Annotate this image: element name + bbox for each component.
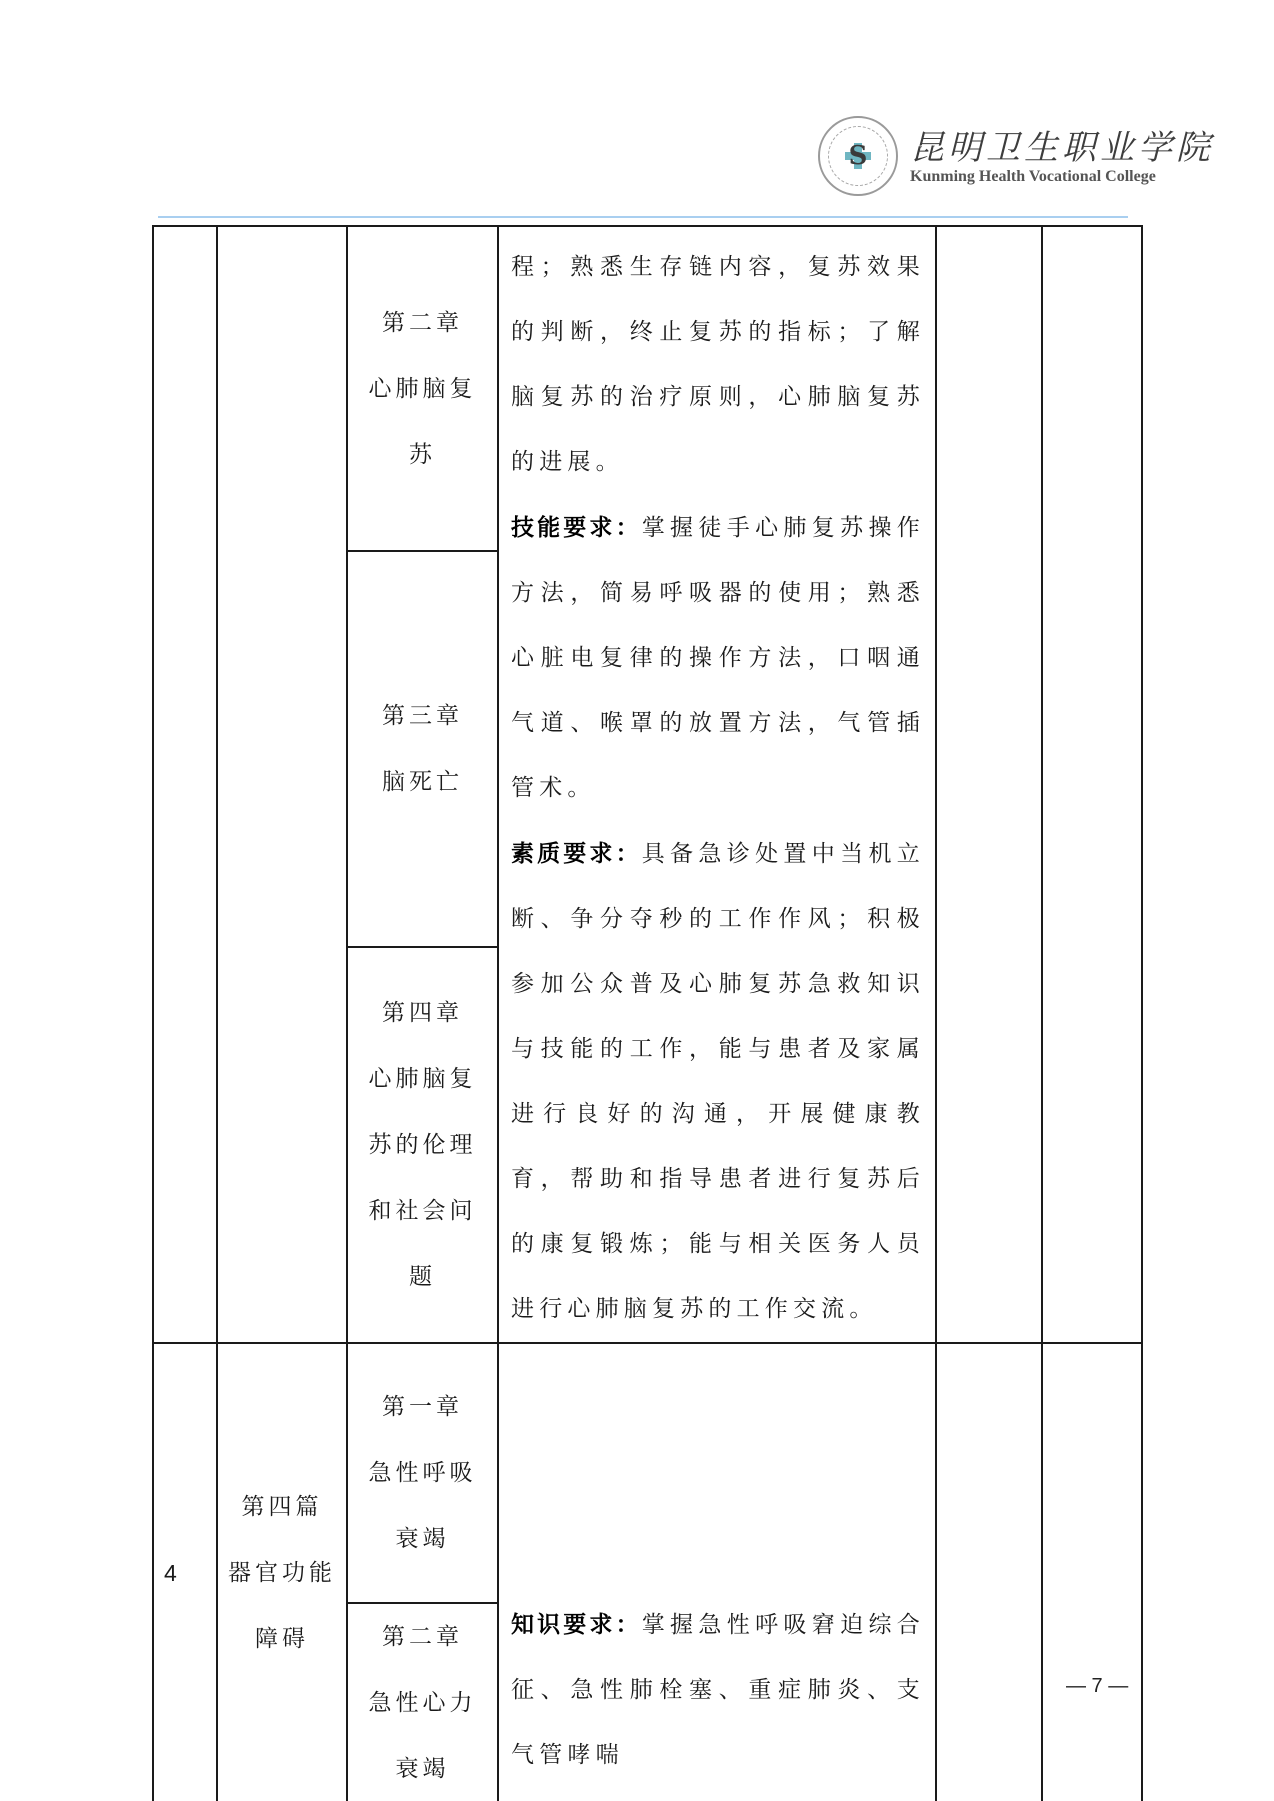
college-name-cn: 昆明卫生职业学院 — [910, 120, 1214, 169]
chapter-line: 第三章 — [382, 683, 463, 749]
chapter-line: 和社会问 — [369, 1178, 477, 1244]
quality-requirements-text: 具备急诊处置中当机立断、争分夺秒的工作作风；积极参加公众普及心肺复苏急救知识与技… — [511, 841, 925, 1322]
row-index-cell — [153, 226, 217, 1343]
col6-cell — [1042, 1343, 1142, 1801]
chapter-line: 急性呼吸 — [369, 1440, 477, 1506]
college-name-en: Kunming Health Vocational College — [910, 168, 1156, 186]
chapter-cell: 第二章 急性心力 衰竭 — [347, 1603, 498, 1801]
chapter-line: 脑死亡 — [382, 749, 463, 815]
chapter-line: 题 — [409, 1244, 436, 1310]
chapter-line: 心肺脑复 — [369, 1046, 477, 1112]
table-row: 4 第四篇 器官功能 障碍 第一章 急性呼吸 衰竭 知识要求：掌握急性呼吸窘迫综… — [153, 1343, 1142, 1603]
skill-requirements-text: 掌握徒手心肺复苏操作方法，简易呼吸器的使用；熟悉心脏电复律的操作方法，口咽通气道… — [511, 515, 925, 801]
chapter-cell: 第二章 心肺脑复 苏 — [347, 226, 498, 551]
chapter-line: 急性心力 — [369, 1670, 477, 1736]
chapter-line: 衰竭 — [396, 1736, 450, 1801]
college-logo: S 昆明卫生职业学院 Kunming Health Vocational Col… — [818, 116, 1178, 196]
course-content-table: 第二章 心肺脑复 苏 程；熟悉生存链内容，复苏效果的判断，终止复苏的指标；了解脑… — [152, 225, 1143, 1801]
quality-requirements-label: 素质要求： — [511, 840, 642, 867]
knowledge-requirements-label: 知识要求： — [511, 1611, 642, 1638]
col6-cell — [1042, 226, 1142, 1343]
chapter-line: 第二章 — [382, 290, 463, 356]
col5-cell — [936, 226, 1042, 1343]
chapter-cell: 第三章 脑死亡 — [347, 551, 498, 947]
college-emblem-icon: S — [818, 116, 898, 196]
part-line: 第四篇 — [242, 1474, 323, 1540]
chapter-line: 衰竭 — [396, 1506, 450, 1572]
requirements-continued-text: 程；熟悉生存链内容，复苏效果的判断，终止复苏的指标；了解脑复苏的治疗原则，心肺脑… — [511, 254, 925, 475]
chapter-line: 第二章 — [382, 1604, 463, 1670]
chapter-cell: 第四章 心肺脑复 苏的伦理 和社会问 题 — [347, 947, 498, 1343]
row-index-cell: 4 — [153, 1343, 217, 1801]
header-divider — [158, 216, 1128, 218]
chapter-cell: 第一章 急性呼吸 衰竭 — [347, 1343, 498, 1603]
col5-cell — [936, 1343, 1042, 1801]
part-cell: 第四篇 器官功能 障碍 — [217, 1343, 347, 1801]
part-line: 器官功能 — [228, 1540, 336, 1606]
chapter-line: 苏的伦理 — [369, 1112, 477, 1178]
part-line: 障碍 — [255, 1606, 309, 1672]
table-row: 第二章 心肺脑复 苏 程；熟悉生存链内容，复苏效果的判断，终止复苏的指标；了解脑… — [153, 226, 1142, 551]
chapter-line: 苏 — [409, 422, 436, 488]
chapter-line: 第四章 — [382, 980, 463, 1046]
page-number: — 7 — — [1066, 1675, 1128, 1698]
requirements-cell: 知识要求：掌握急性呼吸窘迫综合征、急性肺栓塞、重症肺炎、支气管哮喘 — [498, 1343, 936, 1801]
requirements-cell: 程；熟悉生存链内容，复苏效果的判断，终止复苏的指标；了解脑复苏的治疗原则，心肺脑… — [498, 226, 936, 1343]
chapter-line: 心肺脑复 — [369, 356, 477, 422]
part-cell — [217, 226, 347, 1343]
chapter-line: 第一章 — [382, 1374, 463, 1440]
skill-requirements-label: 技能要求： — [511, 514, 642, 541]
